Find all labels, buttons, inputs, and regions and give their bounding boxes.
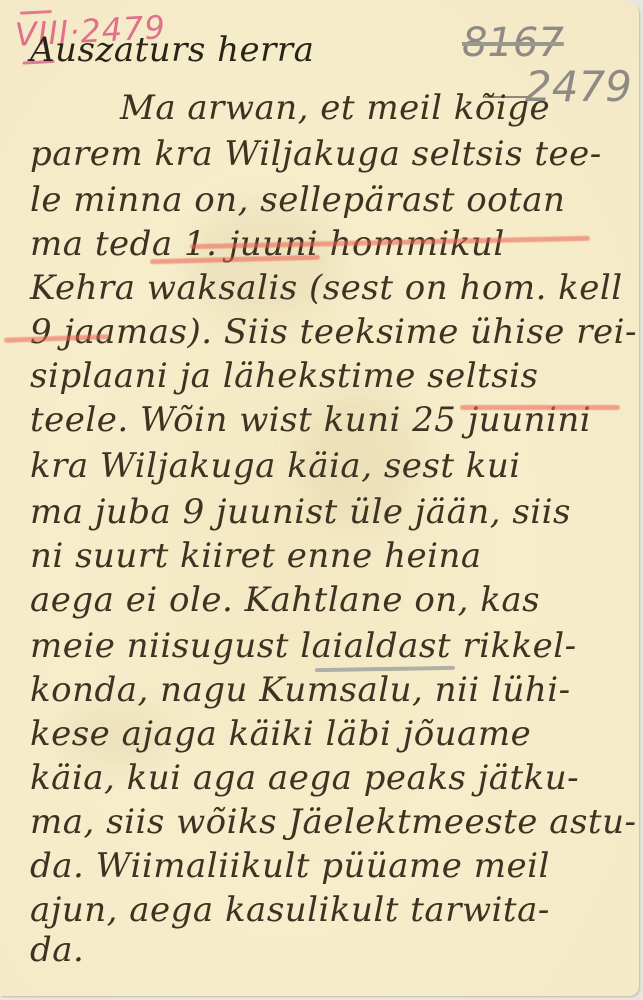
- body-line: le minna on, sellepärast ootan: [30, 180, 565, 220]
- postcard: VIII·2479 8167 2479 Auszaturs herra Ma a…: [0, 0, 639, 996]
- body-line: 9 jaamas). Siis teeksime ühise rei-: [30, 312, 637, 352]
- body-line: ajun, aega kasulikult tarwita-: [30, 890, 550, 930]
- body-line: ma juba 9 juunist üle jään, siis: [30, 492, 571, 532]
- body-line: da. Wiimaliikult püüame meil: [30, 846, 550, 886]
- body-line: meie niisugust laialdast rikkel-: [30, 626, 577, 666]
- body-line: konda, nagu Kumsalu, nii lühi-: [30, 670, 571, 710]
- pencil-number-crossed: 8167: [462, 20, 564, 66]
- body-line: kese ajaga käiki läbi jõuame: [30, 714, 531, 754]
- body-line: siplaani ja lähekstime seltsis: [30, 356, 539, 396]
- salutation: Auszaturs herra: [30, 30, 314, 70]
- red-underline: [460, 405, 620, 410]
- body-line: aega ei ole. Kahtlane on, kas: [30, 580, 540, 620]
- body-line: ni suurt kiiret enne heina: [30, 536, 482, 576]
- body-line: da.: [30, 930, 84, 970]
- body-line: kra Wiljakuga käia, sest kui: [30, 446, 521, 486]
- body-line: Kehra waksalis (sest on hom. kell: [30, 268, 623, 308]
- body-line: parem kra Wiljakuga seltsis tee-: [30, 134, 602, 174]
- body-line: ma, siis wõiks Jäelektmeeste astu-: [30, 802, 636, 842]
- body-line: käia, kui aga aega peaks jätku-: [30, 758, 579, 798]
- body-line: Ma arwan, et meil kõige: [120, 88, 550, 128]
